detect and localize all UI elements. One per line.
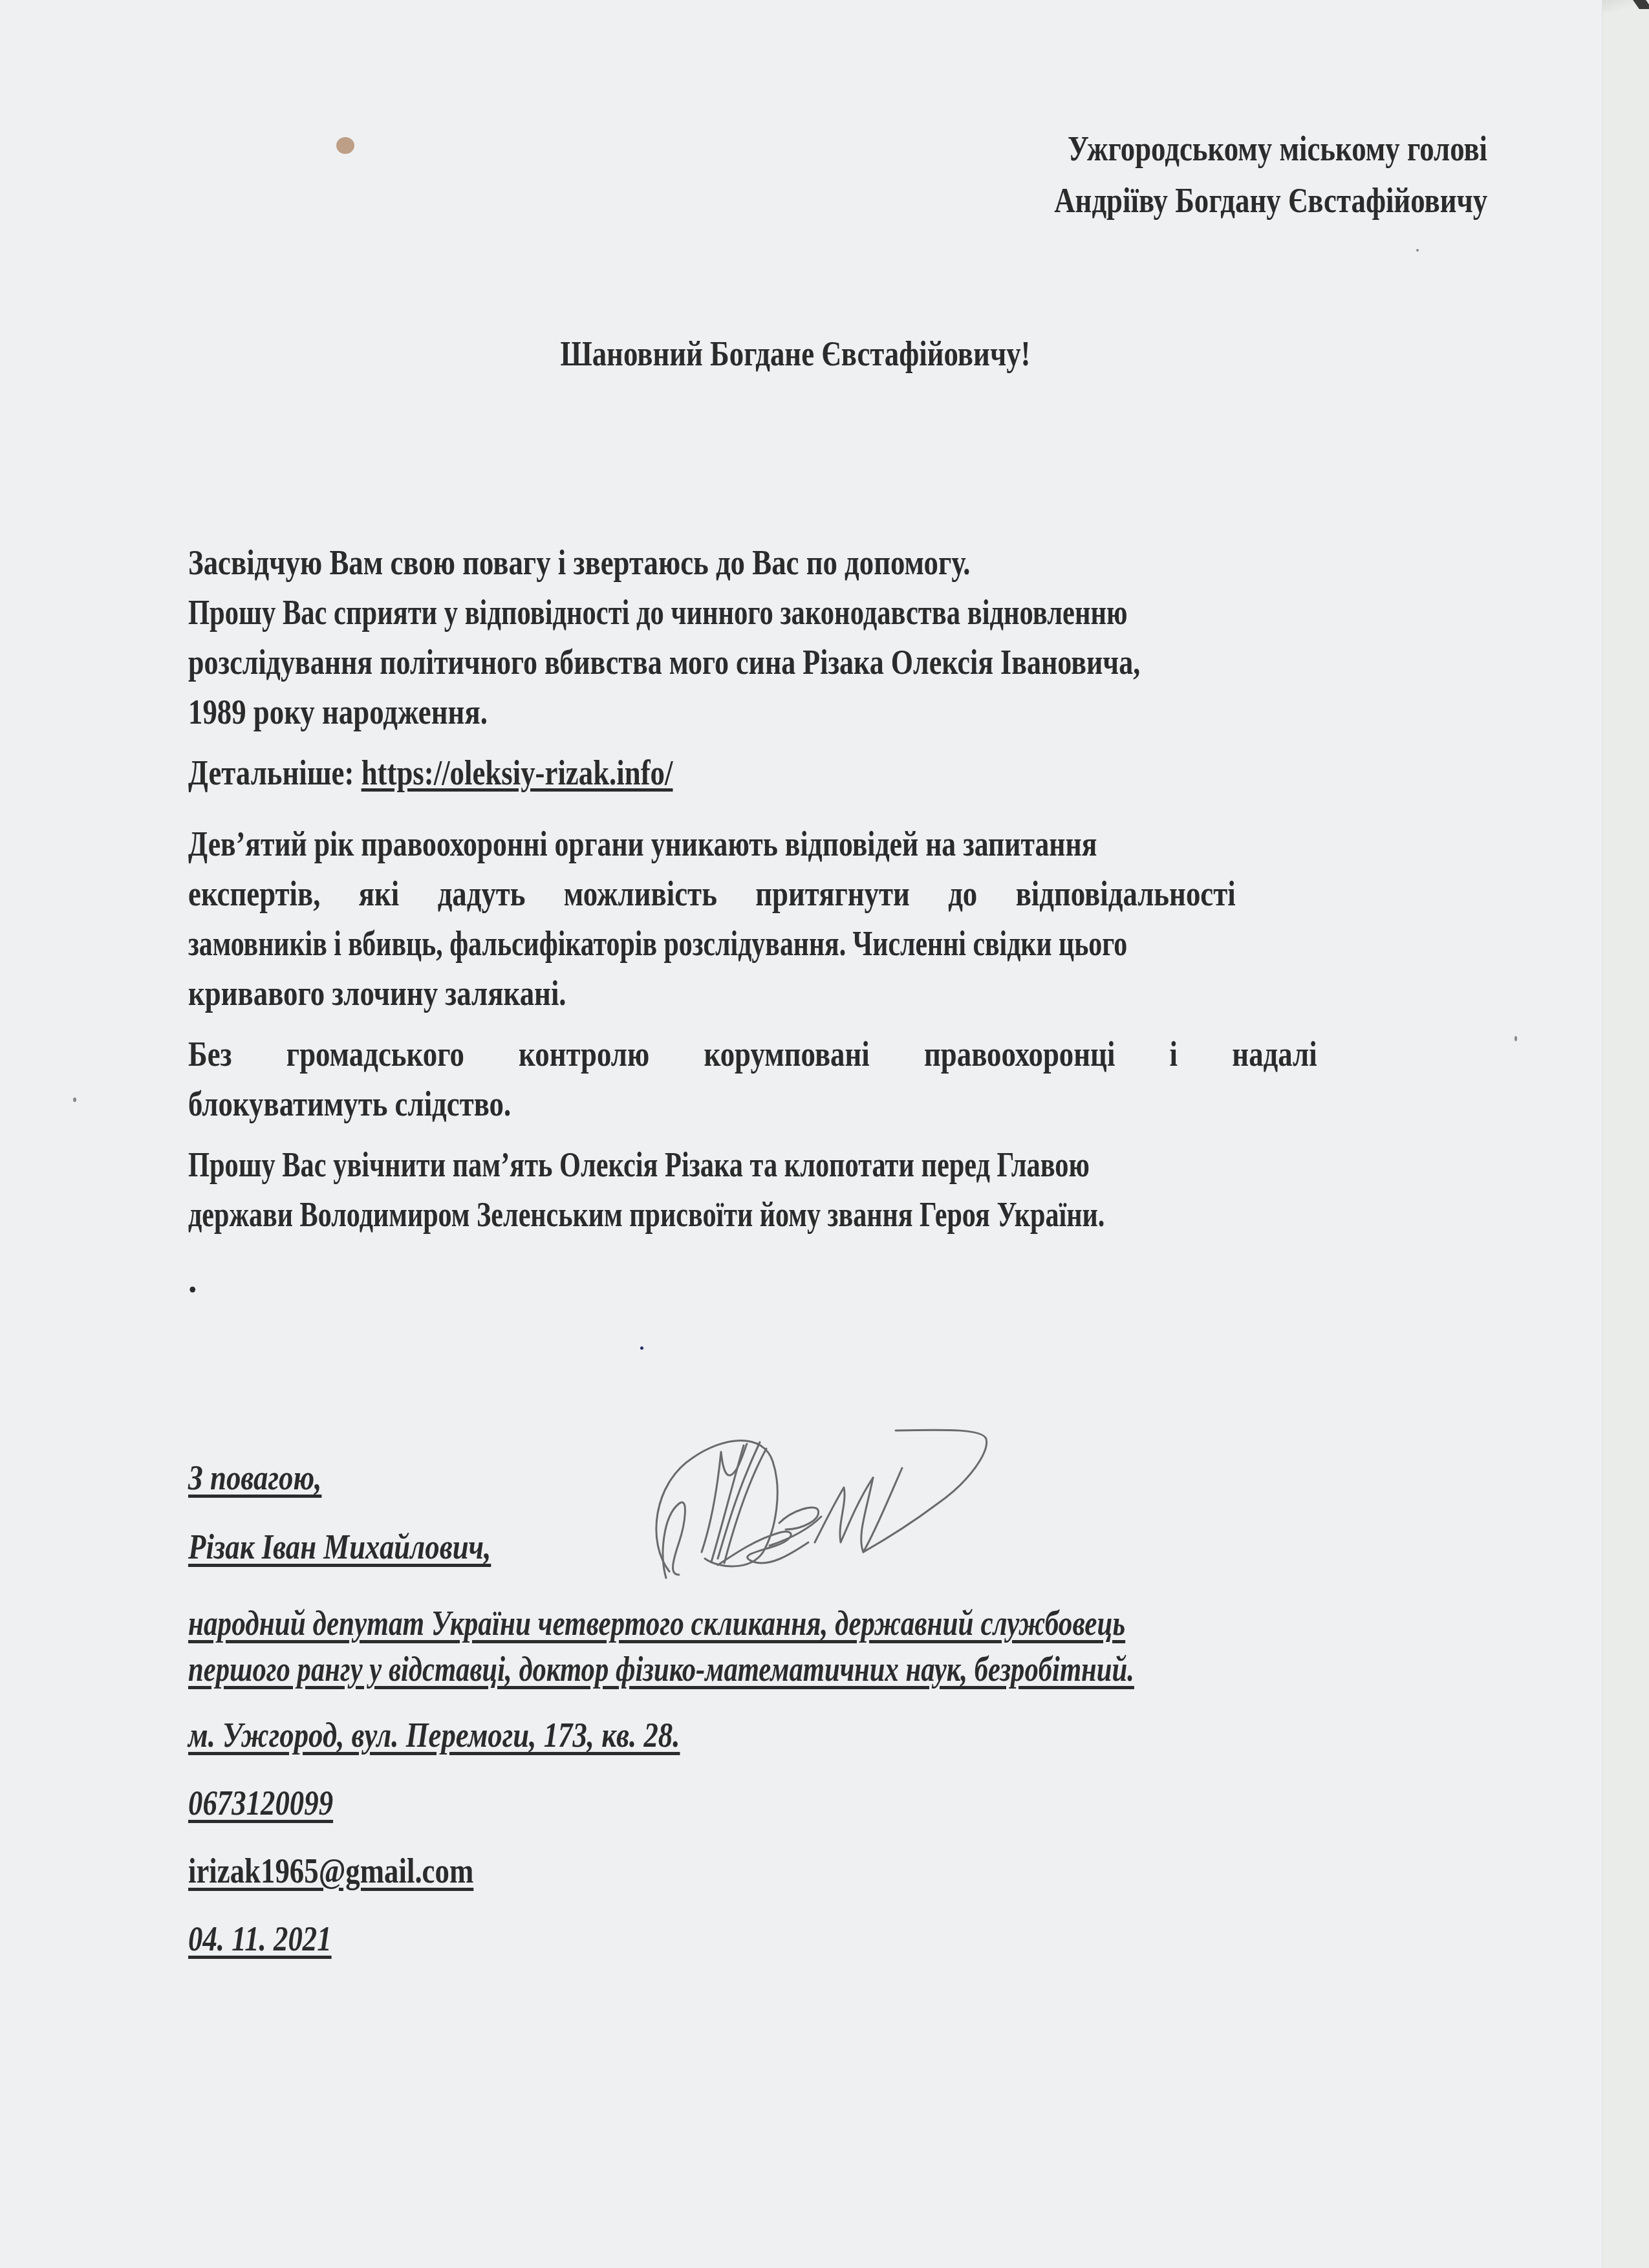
stray-dot: .: [188, 1258, 1485, 1303]
addressee-line-2: Андріїву Богдану Євстафійовичу: [1054, 175, 1487, 226]
signer-email: irizak1965@gmail.com: [188, 1848, 532, 1894]
addressee-line-1: Ужгородському міському голові: [1068, 123, 1487, 175]
addressee-block: Ужгородському міському голові Андріїву Б…: [965, 123, 1487, 226]
details-label: Детальніше:: [188, 753, 354, 792]
paper-speck: [1416, 249, 1419, 252]
paragraph-2-line-3: замовників і вбивць, фальсифікаторів роз…: [188, 921, 1485, 966]
paragraph-1-line-2: Прошу Вас сприяти у відповідності до чин…: [188, 590, 1485, 635]
paragraph-3-line-1: Без громадського контролю корумповані пр…: [188, 1031, 1485, 1077]
signer-title-line-2: першого рангу у відставці, доктор фізико…: [188, 1647, 1386, 1692]
closing: З повагою,: [188, 1455, 349, 1500]
paragraph-4-line-1: Прошу Вас увічнити пам’ять Олексія Різак…: [188, 1142, 1485, 1187]
paragraph-2-line-4: кривавого злочину залякані.: [188, 971, 1485, 1016]
paragraph-1-line-4: 1989 року народження.: [188, 689, 1485, 735]
signer-address: м. Ужгород, вул. Перемоги, 173, кв. 28.: [188, 1712, 781, 1758]
salutation-text: Шановний Богдане Євстафійовичу!: [560, 328, 1030, 380]
paragraph-3-line-2: блокуватимуть слідство.: [188, 1081, 1485, 1127]
handwritten-signature: [640, 1413, 1170, 1601]
paper-stain: [336, 137, 354, 154]
signer-phone: 0673120099: [188, 1780, 363, 1826]
signer-title-line-1: народний депутат України четвертого скли…: [188, 1601, 1359, 1646]
paper-speck: [1514, 1036, 1517, 1041]
paper-speck: [73, 1097, 76, 1102]
paragraph-1-line-3: розслідування політичного вбивства мого …: [188, 640, 1485, 685]
signer-name: Різак Іван Михайлович,: [188, 1524, 553, 1570]
paper-speck: [640, 1346, 643, 1350]
paragraph-1-line-1: Засвідчую Вам свою повагу і звертаюсь до…: [188, 540, 1485, 585]
details-link[interactable]: https://oleksiy-rizak.info/: [361, 753, 673, 792]
letter-date: 04. 11. 2021: [188, 1916, 361, 1961]
paragraph-2-line-1: Дев’ятий рік правоохоронні органи уникаю…: [188, 821, 1485, 867]
paragraph-4-line-2: держави Володимиром Зеленським присвоїти…: [188, 1192, 1485, 1237]
paragraph-2-line-2: експертів, які дадуть можливість притягн…: [188, 871, 1485, 916]
details-line: Детальніше: https://oleksiy-rizak.info/: [188, 750, 1485, 795]
salutation: Шановний Богдане Євстафійовичу!: [0, 328, 1649, 380]
